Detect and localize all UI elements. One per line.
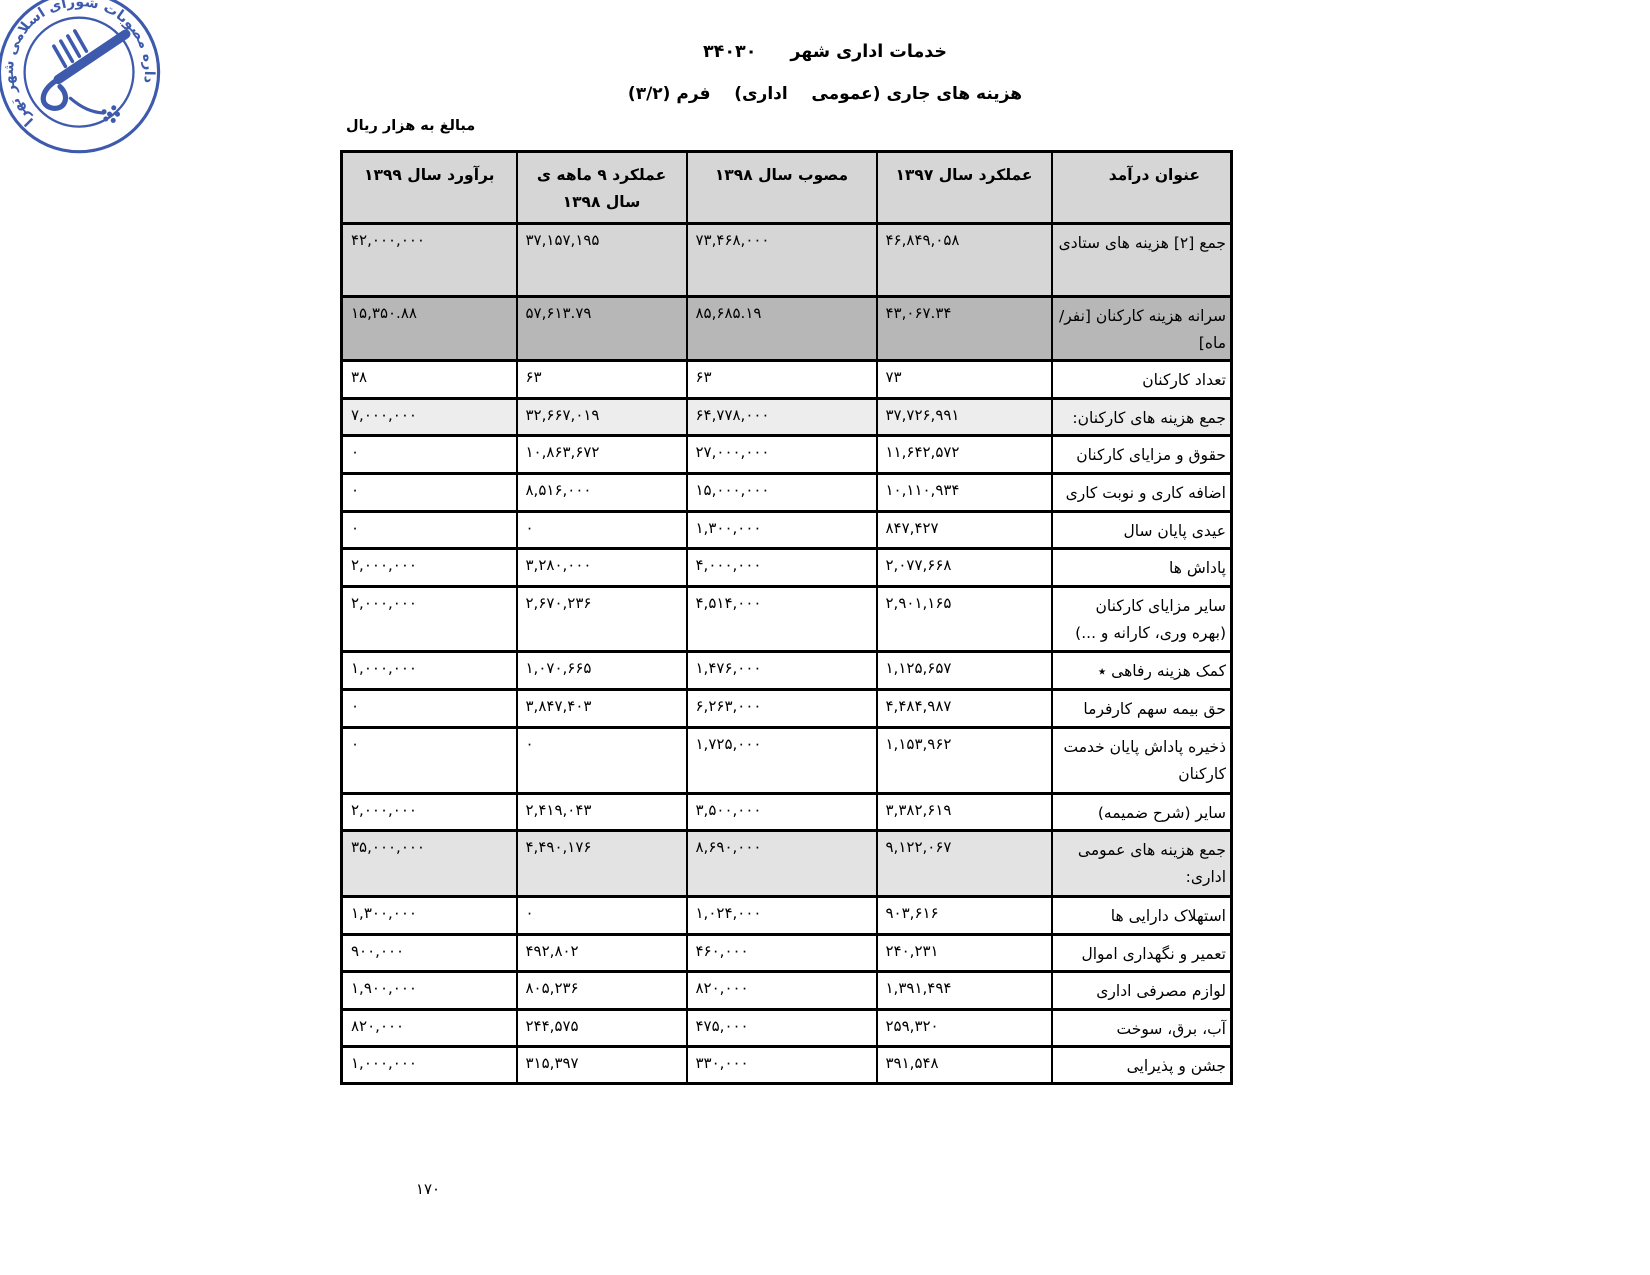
value-cell: ۱,۰۰۰,۰۰۰ [342, 1047, 517, 1084]
row-label: جمع هزینه های کارکنان: [1052, 399, 1232, 436]
value-cell: ۱۱,۶۴۲,۵۷۲ [877, 436, 1052, 473]
value-cell: ۳۳۰,۰۰۰ [687, 1047, 877, 1084]
value-cell: ۶۳ [517, 361, 687, 399]
table-row: آب، برق، سوخت۲۵۹,۳۲۰۴۷۵,۰۰۰۲۴۴,۵۷۵۸۲۰,۰۰… [342, 1009, 1232, 1046]
row-label: سرانه هزینه کارکنان [نفر/ماه] [1052, 297, 1232, 361]
value-cell: ۳۱۵,۳۹۷ [517, 1047, 687, 1084]
value-cell: ۸۴۷,۴۲۷ [877, 511, 1052, 548]
value-cell: ۳,۵۰۰,۰۰۰ [687, 793, 877, 830]
table-row: حق بیمه سهم کارفرما۴,۴۸۴,۹۸۷۶,۲۶۳,۰۰۰۳,۸… [342, 689, 1232, 727]
value-cell: ۴,۰۰۰,۰۰۰ [687, 548, 877, 586]
value-cell: ۴۹۲,۸۰۲ [517, 934, 687, 971]
unit-note: مبالغ به هزار ریال [346, 118, 475, 134]
form-title: خدمات اداری شهر [790, 42, 947, 62]
value-cell: ۹۰۳,۶۱۶ [877, 896, 1052, 934]
table-row: ذخیره پاداش پایان خدمت کارکنان۱,۱۵۳,۹۶۲۱… [342, 727, 1232, 793]
value-cell: ۷۳,۴۶۸,۰۰۰ [687, 224, 877, 297]
value-cell: ۵۷,۶۱۳.۷۹ [517, 297, 687, 361]
value-cell: ۰ [342, 436, 517, 473]
stamp-inner-circle [8, 1, 150, 143]
value-cell: ۲۵۹,۳۲۰ [877, 1009, 1052, 1046]
form-code: ۳۴۰۳۰ [703, 42, 756, 62]
stamp-signature [24, 14, 155, 145]
value-cell: ۶۳ [687, 361, 877, 399]
value-cell: ۲۷,۰۰۰,۰۰۰ [687, 436, 877, 473]
table-row: جمع [۲] هزینه های ستادی۴۶,۸۴۹,۰۵۸۷۳,۴۶۸,… [342, 224, 1232, 297]
table-row: لوازم مصرفی اداری۱,۳۹۱,۴۹۴۸۲۰,۰۰۰۸۰۵,۲۳۶… [342, 971, 1232, 1009]
row-label: جمع هزینه های عمومی اداری: [1052, 830, 1232, 896]
value-cell: ۰ [342, 473, 517, 511]
value-cell: ۱,۰۲۴,۰۰۰ [687, 896, 877, 934]
value-cell: ۳۲,۶۶۷,۰۱۹ [517, 399, 687, 436]
value-cell: ۸۲۰,۰۰۰ [342, 1009, 517, 1046]
table-row: جمع هزینه های کارکنان:۳۷,۷۲۶,۹۹۱۶۴,۷۷۸,۰… [342, 399, 1232, 436]
table-row: سرانه هزینه کارکنان [نفر/ماه]۴۳,۰۶۷.۳۴۸۵… [342, 297, 1232, 361]
value-cell: ۷,۰۰۰,۰۰۰ [342, 399, 517, 436]
row-label: اضافه کاری و نوبت کاری [1052, 473, 1232, 511]
value-cell: ۴,۴۸۴,۹۸۷ [877, 689, 1052, 727]
value-cell: ۱,۳۹۱,۴۹۴ [877, 971, 1052, 1009]
value-cell: ۱,۰۷۰,۶۶۵ [517, 651, 687, 689]
value-cell: ۴۲,۰۰۰,۰۰۰ [342, 224, 517, 297]
row-label: سایر مزایای کارکنان (بهره وری، کارانه و … [1052, 586, 1232, 651]
row-label: حق بیمه سهم کارفرما [1052, 689, 1232, 727]
row-label: تعداد کارکنان [1052, 361, 1232, 399]
value-cell: ۹,۱۲۲,۰۶۷ [877, 830, 1052, 896]
value-cell: ۳,۳۸۲,۶۱۹ [877, 793, 1052, 830]
value-cell: ۴۶,۸۴۹,۰۵۸ [877, 224, 1052, 297]
value-cell: ۳,۲۸۰,۰۰۰ [517, 548, 687, 586]
table-row: اضافه کاری و نوبت کاری۱۰,۱۱۰,۹۳۴۱۵,۰۰۰,۰… [342, 473, 1232, 511]
row-label: سایر (شرح ضمیمه) [1052, 793, 1232, 830]
value-cell: ۲,۰۷۷,۶۶۸ [877, 548, 1052, 586]
document-subtitle: هزینه های جاری (عمومی اداری) فرم (۳/۲) [0, 84, 1650, 104]
value-cell: ۰ [517, 727, 687, 793]
value-cell: ۰ [342, 689, 517, 727]
value-cell: ۰ [517, 896, 687, 934]
value-cell: ۲,۹۰۱,۱۶۵ [877, 586, 1052, 651]
value-cell: ۳۸ [342, 361, 517, 399]
row-label: جمع [۲] هزینه های ستادی [1052, 224, 1232, 297]
value-cell: ۴۶۰,۰۰۰ [687, 934, 877, 971]
value-cell: ۱,۹۰۰,۰۰۰ [342, 971, 517, 1009]
value-cell: ۲۴۰,۲۳۱ [877, 934, 1052, 971]
column-header: مصوب سال ۱۳۹۸ [687, 152, 877, 224]
value-cell: ۴,۵۱۴,۰۰۰ [687, 586, 877, 651]
value-cell: ۹۰۰,۰۰۰ [342, 934, 517, 971]
value-cell: ۲,۰۰۰,۰۰۰ [342, 548, 517, 586]
value-cell: ۱,۰۰۰,۰۰۰ [342, 651, 517, 689]
table-row: عیدی پایان سال۸۴۷,۴۲۷۱,۳۰۰,۰۰۰۰۰ [342, 511, 1232, 548]
row-label: کمک هزینه رفاهی ٭ [1052, 651, 1232, 689]
value-cell: ۱,۳۰۰,۰۰۰ [342, 896, 517, 934]
table-row: کمک هزینه رفاهی ٭۱,۱۲۵,۶۵۷۱,۴۷۶,۰۰۰۱,۰۷۰… [342, 651, 1232, 689]
value-cell: ۱,۴۷۶,۰۰۰ [687, 651, 877, 689]
value-cell: ۰ [342, 727, 517, 793]
value-cell: ۱۵,۰۰۰,۰۰۰ [687, 473, 877, 511]
value-cell: ۱,۱۵۳,۹۶۲ [877, 727, 1052, 793]
table-row: تعمیر و نگهداری اموال۲۴۰,۲۳۱۴۶۰,۰۰۰۴۹۲,۸… [342, 934, 1232, 971]
value-cell: ۲,۶۷۰,۲۳۶ [517, 586, 687, 651]
row-label: استهلاک دارایی ها [1052, 896, 1232, 934]
value-cell: ۱,۱۲۵,۶۵۷ [877, 651, 1052, 689]
table-row: استهلاک دارایی ها۹۰۳,۶۱۶۱,۰۲۴,۰۰۰۰۱,۳۰۰,… [342, 896, 1232, 934]
value-cell: ۱۰,۸۶۳,۶۷۲ [517, 436, 687, 473]
value-cell: ۱۵,۳۵۰.۸۸ [342, 297, 517, 361]
row-label: آب، برق، سوخت [1052, 1009, 1232, 1046]
value-cell: ۴,۴۹۰,۱۷۶ [517, 830, 687, 896]
value-cell: ۳۵,۰۰۰,۰۰۰ [342, 830, 517, 896]
column-header: برآورد سال ۱۳۹۹ [342, 152, 517, 224]
table-row: تعداد کارکنان۷۳۶۳۶۳۳۸ [342, 361, 1232, 399]
row-label: جشن و پذیرایی [1052, 1047, 1232, 1084]
value-cell: ۶۴,۷۷۸,۰۰۰ [687, 399, 877, 436]
row-label: ذخیره پاداش پایان خدمت کارکنان [1052, 727, 1232, 793]
page-number: ۱۷۰ [398, 1180, 458, 1198]
value-cell: ۳۷,۱۵۷,۱۹۵ [517, 224, 687, 297]
value-cell: ۶,۲۶۳,۰۰۰ [687, 689, 877, 727]
value-cell: ۰ [517, 511, 687, 548]
document-title: ۳۴۰۳۰ خدمات اداری شهر [0, 42, 1650, 62]
value-cell: ۸۵,۶۸۵.۱۹ [687, 297, 877, 361]
value-cell: ۲۴۴,۵۷۵ [517, 1009, 687, 1046]
table-row: سایر مزایای کارکنان (بهره وری، کارانه و … [342, 586, 1232, 651]
table-row: جشن و پذیرایی۳۹۱,۵۴۸۳۳۰,۰۰۰۳۱۵,۳۹۷۱,۰۰۰,… [342, 1047, 1232, 1084]
value-cell: ۰ [342, 511, 517, 548]
value-cell: ۷۳ [877, 361, 1052, 399]
column-header: عنوان درآمد [1052, 152, 1232, 224]
row-label: پاداش ها [1052, 548, 1232, 586]
value-cell: ۴۳,۰۶۷.۳۴ [877, 297, 1052, 361]
value-cell: ۱,۷۲۵,۰۰۰ [687, 727, 877, 793]
value-cell: ۲,۴۱۹,۰۴۳ [517, 793, 687, 830]
table-row: سایر (شرح ضمیمه)۳,۳۸۲,۶۱۹۳,۵۰۰,۰۰۰۲,۴۱۹,… [342, 793, 1232, 830]
value-cell: ۳۷,۷۲۶,۹۹۱ [877, 399, 1052, 436]
table-row: جمع هزینه های عمومی اداری:۹,۱۲۲,۰۶۷۸,۶۹۰… [342, 830, 1232, 896]
row-label: لوازم مصرفی اداری [1052, 971, 1232, 1009]
value-cell: ۴۷۵,۰۰۰ [687, 1009, 877, 1046]
value-cell: ۱۰,۱۱۰,۹۳۴ [877, 473, 1052, 511]
row-label: تعمیر و نگهداری اموال [1052, 934, 1232, 971]
table-row: حقوق و مزایای کارکنان۱۱,۶۴۲,۵۷۲۲۷,۰۰۰,۰۰… [342, 436, 1232, 473]
budget-table: عنوان درآمدعملکرد سال ۱۳۹۷مصوب سال ۱۳۹۸ع… [340, 150, 1233, 1085]
value-cell: ۱,۳۰۰,۰۰۰ [687, 511, 877, 548]
table-head-row: عنوان درآمدعملکرد سال ۱۳۹۷مصوب سال ۱۳۹۸ع… [342, 152, 1232, 224]
value-cell: ۸,۵۱۶,۰۰۰ [517, 473, 687, 511]
value-cell: ۸۰۵,۲۳۶ [517, 971, 687, 1009]
row-label: حقوق و مزایای کارکنان [1052, 436, 1232, 473]
value-cell: ۸۲۰,۰۰۰ [687, 971, 877, 1009]
value-cell: ۳۹۱,۵۴۸ [877, 1047, 1052, 1084]
value-cell: ۲,۰۰۰,۰۰۰ [342, 793, 517, 830]
value-cell: ۲,۰۰۰,۰۰۰ [342, 586, 517, 651]
row-label: عیدی پایان سال [1052, 511, 1232, 548]
value-cell: ۳,۸۴۷,۴۰۳ [517, 689, 687, 727]
table-body: جمع [۲] هزینه های ستادی۴۶,۸۴۹,۰۵۸۷۳,۴۶۸,… [342, 224, 1232, 1084]
value-cell: ۸,۶۹۰,۰۰۰ [687, 830, 877, 896]
column-header: عملکرد سال ۱۳۹۷ [877, 152, 1052, 224]
column-header: عملکرد ۹ ماهه ی سال ۱۳۹۸ [517, 152, 687, 224]
table-row: پاداش ها۲,۰۷۷,۶۶۸۴,۰۰۰,۰۰۰۳,۲۸۰,۰۰۰۲,۰۰۰… [342, 548, 1232, 586]
stamp-ring-text: اداره مصوبات شورای اسلامی شهر تهران [0, 0, 166, 145]
